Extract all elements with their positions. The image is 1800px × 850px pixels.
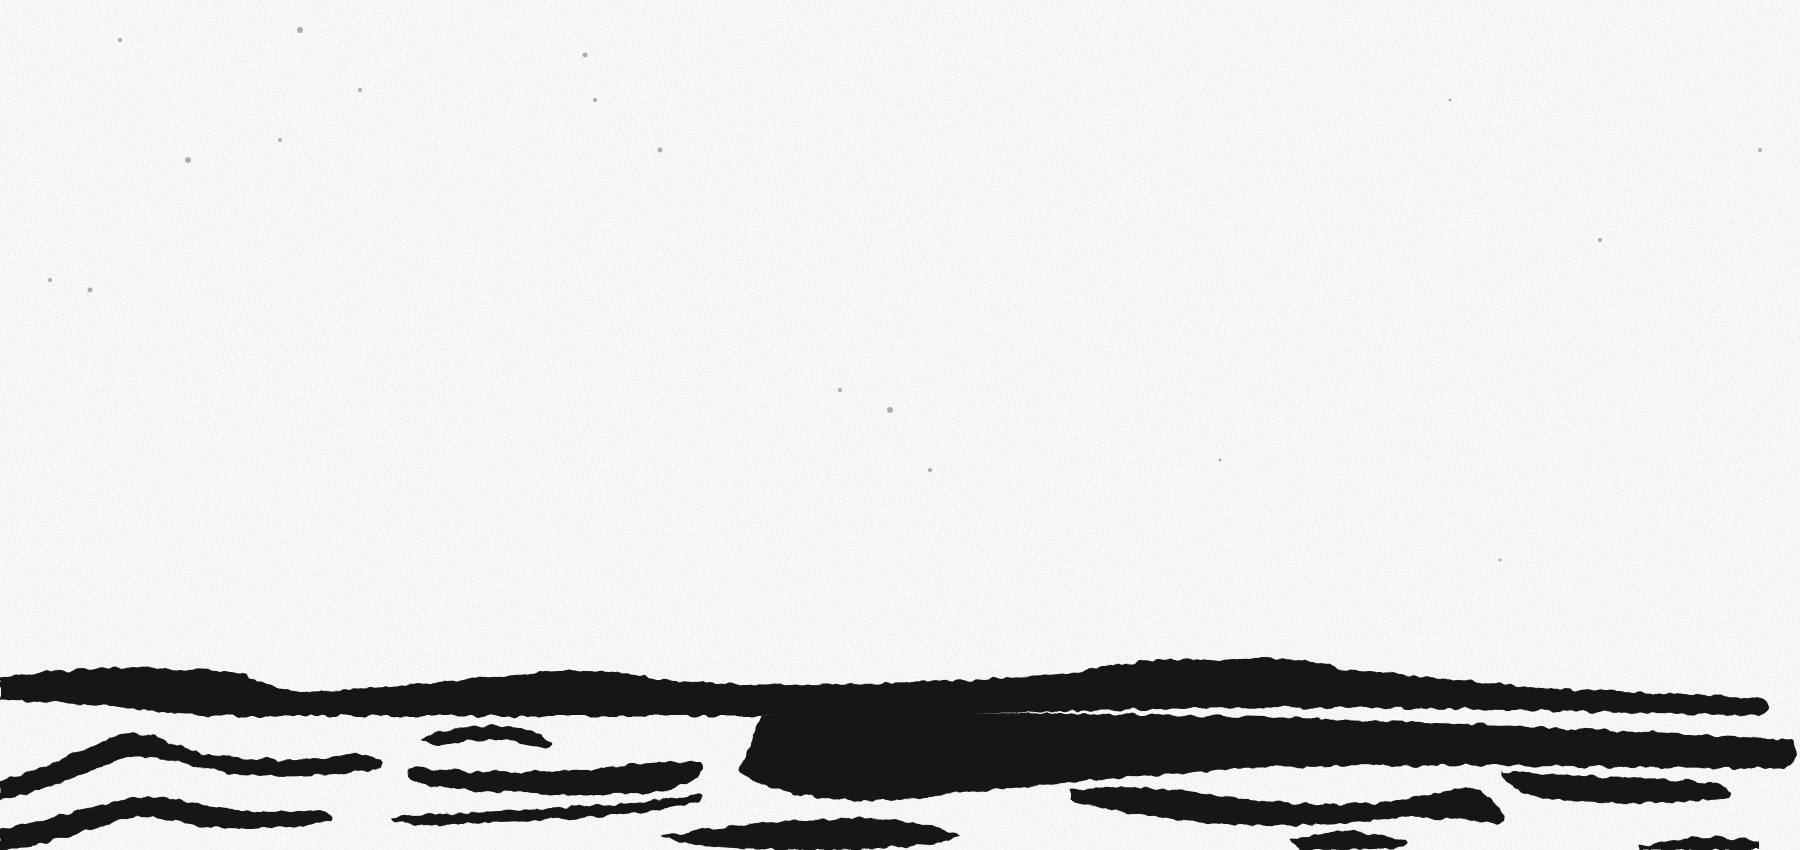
ink-seascape-drawing bbox=[0, 0, 1800, 850]
